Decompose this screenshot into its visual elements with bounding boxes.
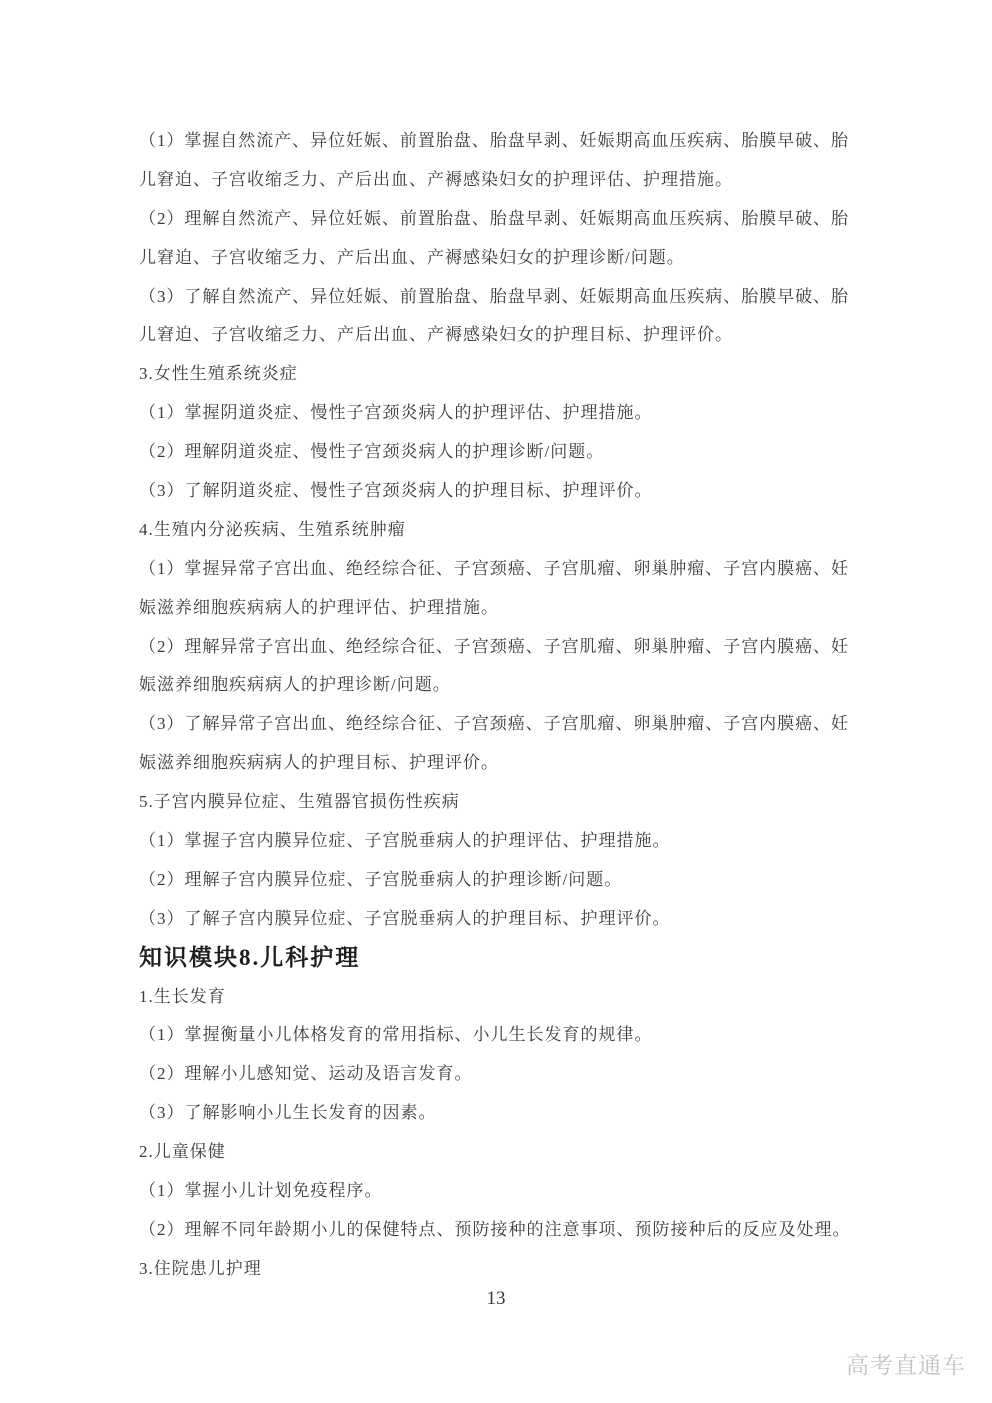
text-line: （3）了解影响小儿生长发育的因素。 bbox=[139, 1094, 848, 1133]
text-line: 娠滋养细胞疾病病人的护理目标、护理评价。 bbox=[139, 744, 848, 783]
text-line: （1）掌握小儿计划免疫程序。 bbox=[139, 1172, 848, 1211]
text-line: 1.生长发育 bbox=[139, 978, 848, 1017]
text-line: （2）理解阴道炎症、慢性子宫颈炎病人的护理诊断/问题。 bbox=[139, 433, 848, 472]
document-body: （1）掌握自然流产、异位妊娠、前置胎盘、胎盘早剥、妊娠期高血压疾病、胎膜早破、胎… bbox=[139, 122, 848, 1289]
text-line: （1）掌握衡量小儿体格发育的常用指标、小儿生长发育的规律。 bbox=[139, 1016, 848, 1055]
text-line: 儿窘迫、子宫收缩乏力、产后出血、产褥感染妇女的护理诊断/问题。 bbox=[139, 239, 848, 278]
watermark: 高考直通车 bbox=[846, 1347, 966, 1380]
text-line: （2）理解异常子宫出血、绝经综合征、子宫颈癌、子宫肌瘤、卵巢肿瘤、子宫内膜癌、妊 bbox=[139, 628, 848, 667]
text-line: （1）掌握异常子宫出血、绝经综合征、子宫颈癌、子宫肌瘤、卵巢肿瘤、子宫内膜癌、妊 bbox=[139, 550, 848, 589]
text-line: 4.生殖内分泌疾病、生殖系统肿瘤 bbox=[139, 511, 848, 550]
text-line: 3.女性生殖系统炎症 bbox=[139, 355, 848, 394]
text-line: （1）掌握自然流产、异位妊娠、前置胎盘、胎盘早剥、妊娠期高血压疾病、胎膜早破、胎 bbox=[139, 122, 848, 161]
text-line: （2）理解子宫内膜异位症、子宫脱垂病人的护理诊断/问题。 bbox=[139, 861, 848, 900]
text-line: （3）了解异常子宫出血、绝经综合征、子宫颈癌、子宫肌瘤、卵巢肿瘤、子宫内膜癌、妊 bbox=[139, 705, 848, 744]
text-line: （2）理解小儿感知觉、运动及语言发育。 bbox=[139, 1055, 848, 1094]
text-line: 娠滋养细胞疾病病人的护理评估、护理措施。 bbox=[139, 589, 848, 628]
text-line: （2）理解不同年龄期小儿的保健特点、预防接种的注意事项、预防接种后的反应及处理。 bbox=[139, 1211, 848, 1250]
text-line: （1）掌握阴道炎症、慢性子宫颈炎病人的护理评估、护理措施。 bbox=[139, 394, 848, 433]
section-heading: 知识模块8.儿科护理 bbox=[139, 939, 848, 978]
text-line: 2.儿童保健 bbox=[139, 1133, 848, 1172]
text-line: 娠滋养细胞疾病病人的护理诊断/问题。 bbox=[139, 666, 848, 705]
document-page: （1）掌握自然流产、异位妊娠、前置胎盘、胎盘早剥、妊娠期高血压疾病、胎膜早破、胎… bbox=[0, 0, 992, 1403]
page-number: 13 bbox=[0, 1288, 992, 1310]
text-line: （2）理解自然流产、异位妊娠、前置胎盘、胎盘早剥、妊娠期高血压疾病、胎膜早破、胎 bbox=[139, 200, 848, 239]
text-line: 儿窘迫、子宫收缩乏力、产后出血、产褥感染妇女的护理目标、护理评价。 bbox=[139, 316, 848, 355]
text-line: （3）了解子宫内膜异位症、子宫脱垂病人的护理目标、护理评价。 bbox=[139, 900, 848, 939]
text-line: 儿窘迫、子宫收缩乏力、产后出血、产褥感染妇女的护理评估、护理措施。 bbox=[139, 161, 848, 200]
text-line: （3）了解阴道炎症、慢性子宫颈炎病人的护理目标、护理评价。 bbox=[139, 472, 848, 511]
text-line: 5.子宫内膜异位症、生殖器官损伤性疾病 bbox=[139, 783, 848, 822]
text-line: （1）掌握子宫内膜异位症、子宫脱垂病人的护理评估、护理措施。 bbox=[139, 822, 848, 861]
text-line: （3）了解自然流产、异位妊娠、前置胎盘、胎盘早剥、妊娠期高血压疾病、胎膜早破、胎 bbox=[139, 278, 848, 317]
text-line: 3.住院患儿护理 bbox=[139, 1250, 848, 1289]
